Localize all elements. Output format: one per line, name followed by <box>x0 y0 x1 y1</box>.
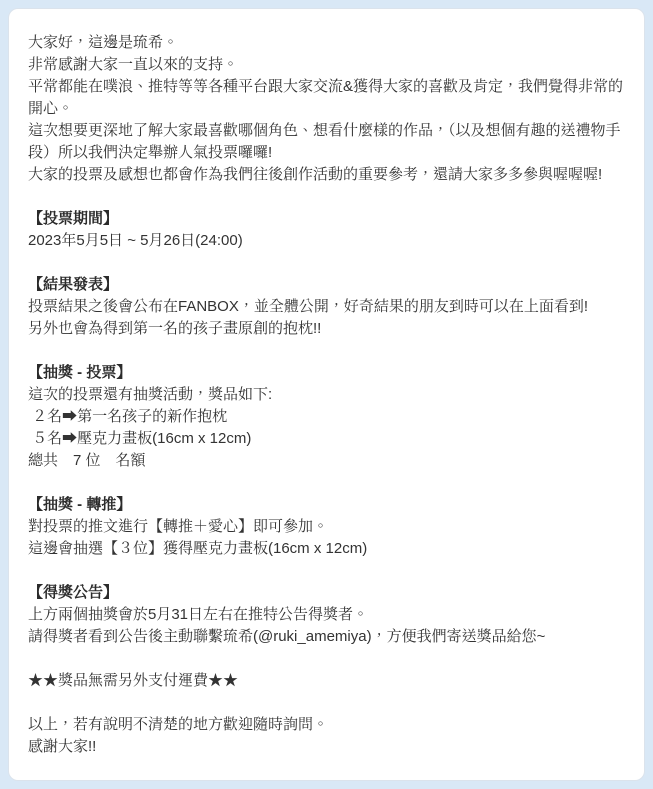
text-line: 投票結果之後會公布在FANBOX，並全體公開，好奇結果的朋友到時可以在上面看到! <box>28 296 625 318</box>
text-line: 2023年5月5日 ~ 5月26日(24:00) <box>28 230 625 252</box>
text-line: 開心。 <box>28 98 625 120</box>
section-heading: 【抽獎 - 投票】 <box>28 362 625 384</box>
text-line: 感謝大家!! <box>28 736 625 758</box>
blank-line <box>28 340 625 362</box>
blank-line <box>28 648 625 670</box>
section-heading: 【得獎公告】 <box>28 582 625 604</box>
text-line: 大家的投票及感想也都會作為我們往後創作活動的重要參考，還請大家多多參與喔喔喔! <box>28 164 625 186</box>
blank-line <box>28 252 625 274</box>
text-line: 平常都能在噗浪、推特等等各種平台跟大家交流&獲得大家的喜歡及肯定，我們覺得非常的 <box>28 76 625 98</box>
page-background: { "colors": { "page_background": "#d9e8f… <box>0 0 653 789</box>
text-line: 這次的投票還有抽獎活動，獎品如下: <box>28 384 625 406</box>
section-heading: 【結果發表】 <box>28 274 625 296</box>
announcement-card: 大家好，這邊是琉希。非常感謝大家一直以來的支持。平常都能在噗浪、推特等等各種平台… <box>8 8 645 781</box>
text-line: 非常感謝大家一直以來的支持。 <box>28 54 625 76</box>
blank-line <box>28 472 625 494</box>
text-line: ★★獎品無需另外支付運費★★ <box>28 670 625 692</box>
text-line: ２名➡第一名孩子的新作抱枕 <box>28 406 625 428</box>
text-line: 上方兩個抽獎會於5月31日左右在推特公告得獎者。 <box>28 604 625 626</box>
blank-line <box>28 560 625 582</box>
blank-line <box>28 692 625 714</box>
text-line: 總共 7 位 名額 <box>28 450 625 472</box>
text-line: 這次想要更深地了解大家最喜歡哪個角色、想看什麼樣的作品，（以及想個有趣的送禮物手 <box>28 120 625 142</box>
text-line: 請得獎者看到公告後主動聯繫琉希(@ruki_amemiya)，方便我們寄送獎品給… <box>28 626 625 648</box>
text-line: 另外也會為得到第一名的孩子畫原創的抱枕!! <box>28 318 625 340</box>
text-line: 這邊會抽選【３位】獲得壓克力畫板(16cm x 12cm) <box>28 538 625 560</box>
section-heading: 【投票期間】 <box>28 208 625 230</box>
text-line: ５名➡壓克力畫板(16cm x 12cm) <box>28 428 625 450</box>
announcement-body: 大家好，這邊是琉希。非常感謝大家一直以來的支持。平常都能在噗浪、推特等等各種平台… <box>28 32 625 758</box>
text-line: 對投票的推文進行【轉推＋愛心】即可參加。 <box>28 516 625 538</box>
text-line: 以上，若有說明不清楚的地方歡迎隨時詢問。 <box>28 714 625 736</box>
blank-line <box>28 186 625 208</box>
text-line: 段）所以我們決定舉辦人氣投票囉囉! <box>28 142 625 164</box>
section-heading: 【抽獎 - 轉推】 <box>28 494 625 516</box>
text-line: 大家好，這邊是琉希。 <box>28 32 625 54</box>
